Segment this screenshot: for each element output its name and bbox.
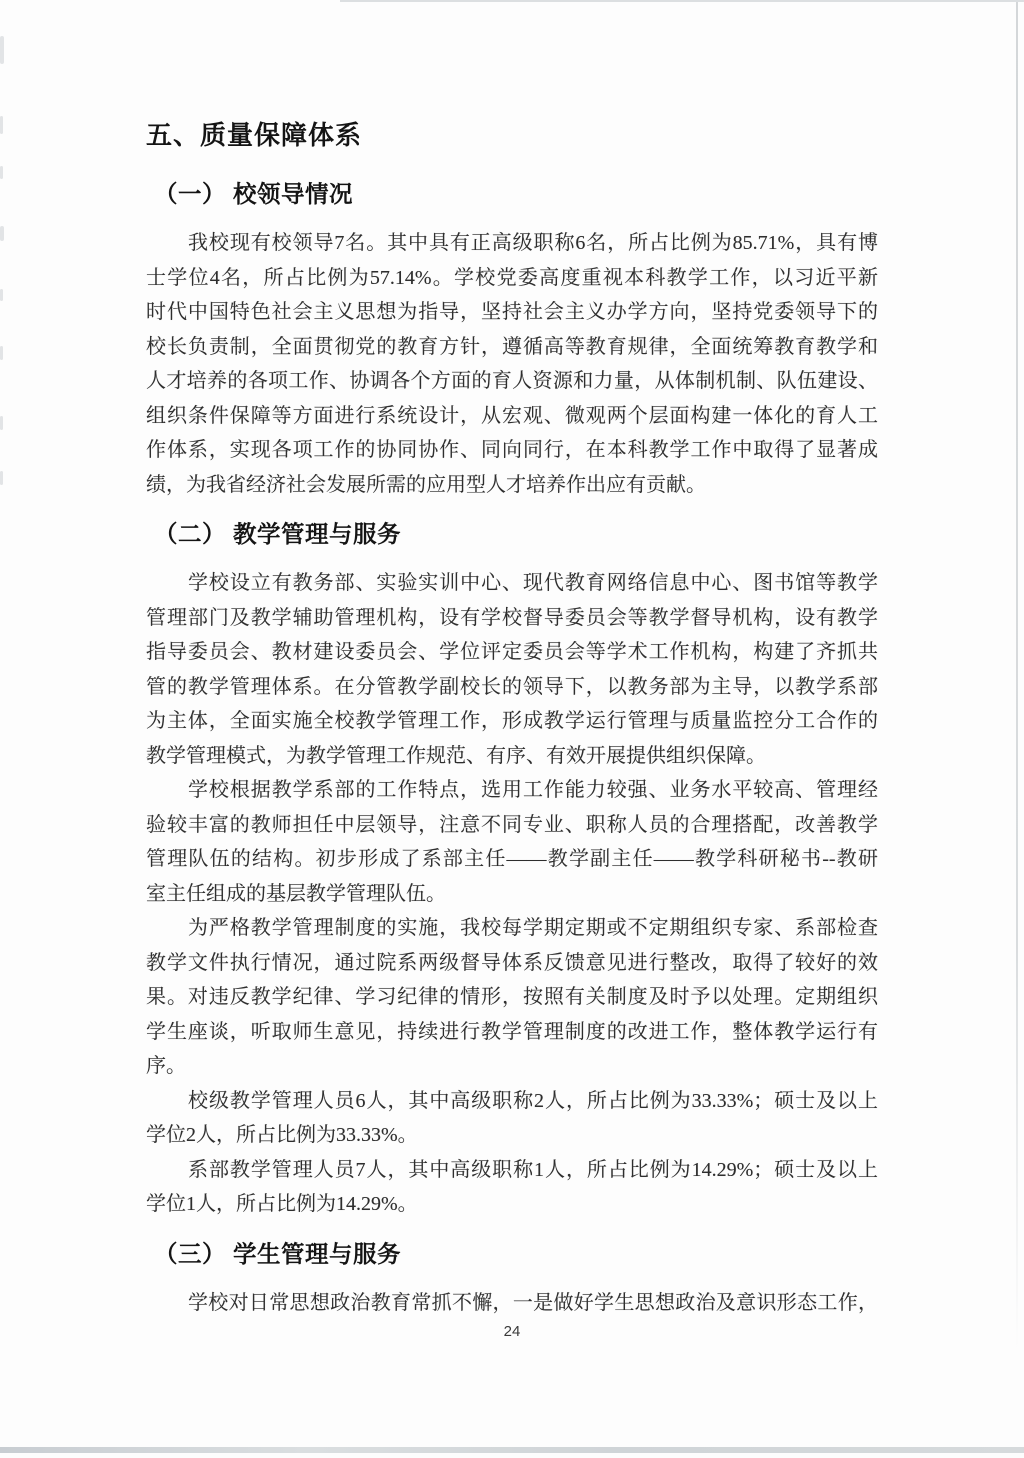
paragraph: 学校设立有教务部、实验实训中心、现代教育网络信息中心、图书馆等教学管理部门及教学…: [146, 566, 878, 773]
paragraph-line: 学校对日常思想政治教育常抓不懈，一是做好学生思想政治及意识形态工作，: [146, 1286, 878, 1321]
paragraph-line: 果。对违反教学纪律、学习纪律的情形，按照有关制度及时予以处理。定期组织: [146, 980, 878, 1015]
paragraph-line: 学位2人，所占比例为33.33%。: [146, 1118, 878, 1153]
scan-mark-left: [0, 471, 3, 485]
scan-edge-top: [340, 0, 1024, 2]
page-title: 五、质量保障体系: [146, 118, 878, 152]
paragraph-line: 教学管理模式，为教学管理工作规范、有序、有效开展提供组织保障。: [146, 739, 878, 774]
paragraph-line: 为严格教学管理制度的实施，我校每学期定期或不定期组织专家、系部检查: [146, 911, 878, 946]
paragraph-line: 教学文件执行情况，通过院系两级督导体系反馈意见进行整改，取得了较好的效: [146, 946, 878, 981]
paragraph-line: 绩，为我省经济社会发展所需的应用型人才培养作出应有贡献。: [146, 468, 878, 503]
paragraph-line: 管的教学管理体系。在分管教学副校长的领导下，以教务部为主导，以教学系部: [146, 670, 878, 705]
scan-mark-left: [0, 116, 3, 134]
paragraph: 我校现有校领导7名。其中具有正高级职称6名，所占比例为85.71%，具有博士学位…: [146, 226, 878, 502]
paragraph-line: 士学位4名，所占比例为57.14%。学校党委高度重视本科教学工作，以习近平新: [146, 261, 878, 296]
scan-mark-left: [0, 416, 3, 430]
paragraph-line: 作体系，实现各项工作的协同协作、同向同行，在本科教学工作中取得了显著成: [146, 433, 878, 468]
page-number: 24: [146, 1322, 878, 1342]
paragraph-line: 时代中国特色社会主义思想为指导，坚持社会主义办学方向，坚持党委领导下的: [146, 295, 878, 330]
document-page: 五、质量保障体系 （一） 校领导情况我校现有校领导7名。其中具有正高级职称6名，…: [0, 0, 1024, 1458]
scan-mark-left: [0, 346, 3, 360]
paragraph-line: 学校根据教学系部的工作特点，选用工作能力较强、业务水平较高、管理经: [146, 773, 878, 808]
paragraph: 校级教学管理人员6人，其中高级职称2人，所占比例为33.33%；硕士及以上学位2…: [146, 1084, 878, 1153]
paragraph-line: 校级教学管理人员6人，其中高级职称2人，所占比例为33.33%；硕士及以上: [146, 1084, 878, 1119]
paragraph-line: 校长负责制，全面贯彻党的教育方针，遵循高等教育规律，全面统筹教育教学和: [146, 330, 878, 365]
scan-edge-bottom: [0, 1447, 1024, 1453]
section-heading: （二） 教学管理与服务: [154, 518, 878, 550]
scan-mark-left: [0, 226, 4, 241]
section-heading: （一） 校领导情况: [154, 178, 878, 210]
scan-edge-right: [1016, 2, 1018, 1350]
paragraph-line: 序。: [146, 1049, 878, 1084]
paragraph: 学校根据教学系部的工作特点，选用工作能力较强、业务水平较高、管理经验较丰富的教师…: [146, 773, 878, 911]
paragraph: 为严格教学管理制度的实施，我校每学期定期或不定期组织专家、系部检查教学文件执行情…: [146, 911, 878, 1084]
paragraph-line: 验较丰富的教师担任中层领导，注意不同专业、职称人员的合理搭配，改善教学: [146, 808, 878, 843]
paragraph-line: 管理部门及教学辅助管理机构，设有学校督导委员会等教学督导机构，设有教学: [146, 601, 878, 636]
paragraph-line: 指导委员会、教材建设委员会、学位评定委员会等学术工作机构，构建了齐抓共: [146, 635, 878, 670]
paragraph: 系部教学管理人员7人，其中高级职称1人，所占比例为14.29%；硕士及以上学位1…: [146, 1153, 878, 1222]
paragraph-line: 人才培养的各项工作、协调各个方面的育人资源和力量，从体制机制、队伍建设、: [146, 364, 878, 399]
paragraph-line: 为主体，全面实施全校教学管理工作，形成教学运行管理与质量监控分工合作的: [146, 704, 878, 739]
paragraph-line: 系部教学管理人员7人，其中高级职称1人，所占比例为14.29%；硕士及以上: [146, 1153, 878, 1188]
paragraph-line: 管理队伍的结构。初步形成了系部主任——教学副主任——教学科研秘书--教研: [146, 842, 878, 877]
paragraph-line: 学生座谈，听取师生意见，持续进行教学管理制度的改进工作，整体教学运行有: [146, 1015, 878, 1050]
document-body: （一） 校领导情况我校现有校领导7名。其中具有正高级职称6名，所占比例为85.7…: [146, 178, 878, 1320]
paragraph-line: 组织条件保障等方面进行系统设计，从宏观、微观两个层面构建一体化的育人工: [146, 399, 878, 434]
scan-mark-left: [0, 289, 3, 301]
paragraph: 学校对日常思想政治教育常抓不懈，一是做好学生思想政治及意识形态工作，: [146, 1286, 878, 1321]
document-content: 五、质量保障体系 （一） 校领导情况我校现有校领导7名。其中具有正高级职称6名，…: [0, 0, 1024, 1342]
section-heading: （三） 学生管理与服务: [154, 1238, 878, 1270]
paragraph-line: 室主任组成的基层教学管理队伍。: [146, 877, 878, 912]
scan-mark-left: [0, 166, 3, 179]
scan-mark-left: [0, 36, 4, 64]
paragraph-line: 我校现有校领导7名。其中具有正高级职称6名，所占比例为85.71%，具有博: [146, 226, 878, 261]
paragraph-line: 学校设立有教务部、实验实训中心、现代教育网络信息中心、图书馆等教学: [146, 566, 878, 601]
paragraph-line: 学位1人，所占比例为14.29%。: [146, 1187, 878, 1222]
